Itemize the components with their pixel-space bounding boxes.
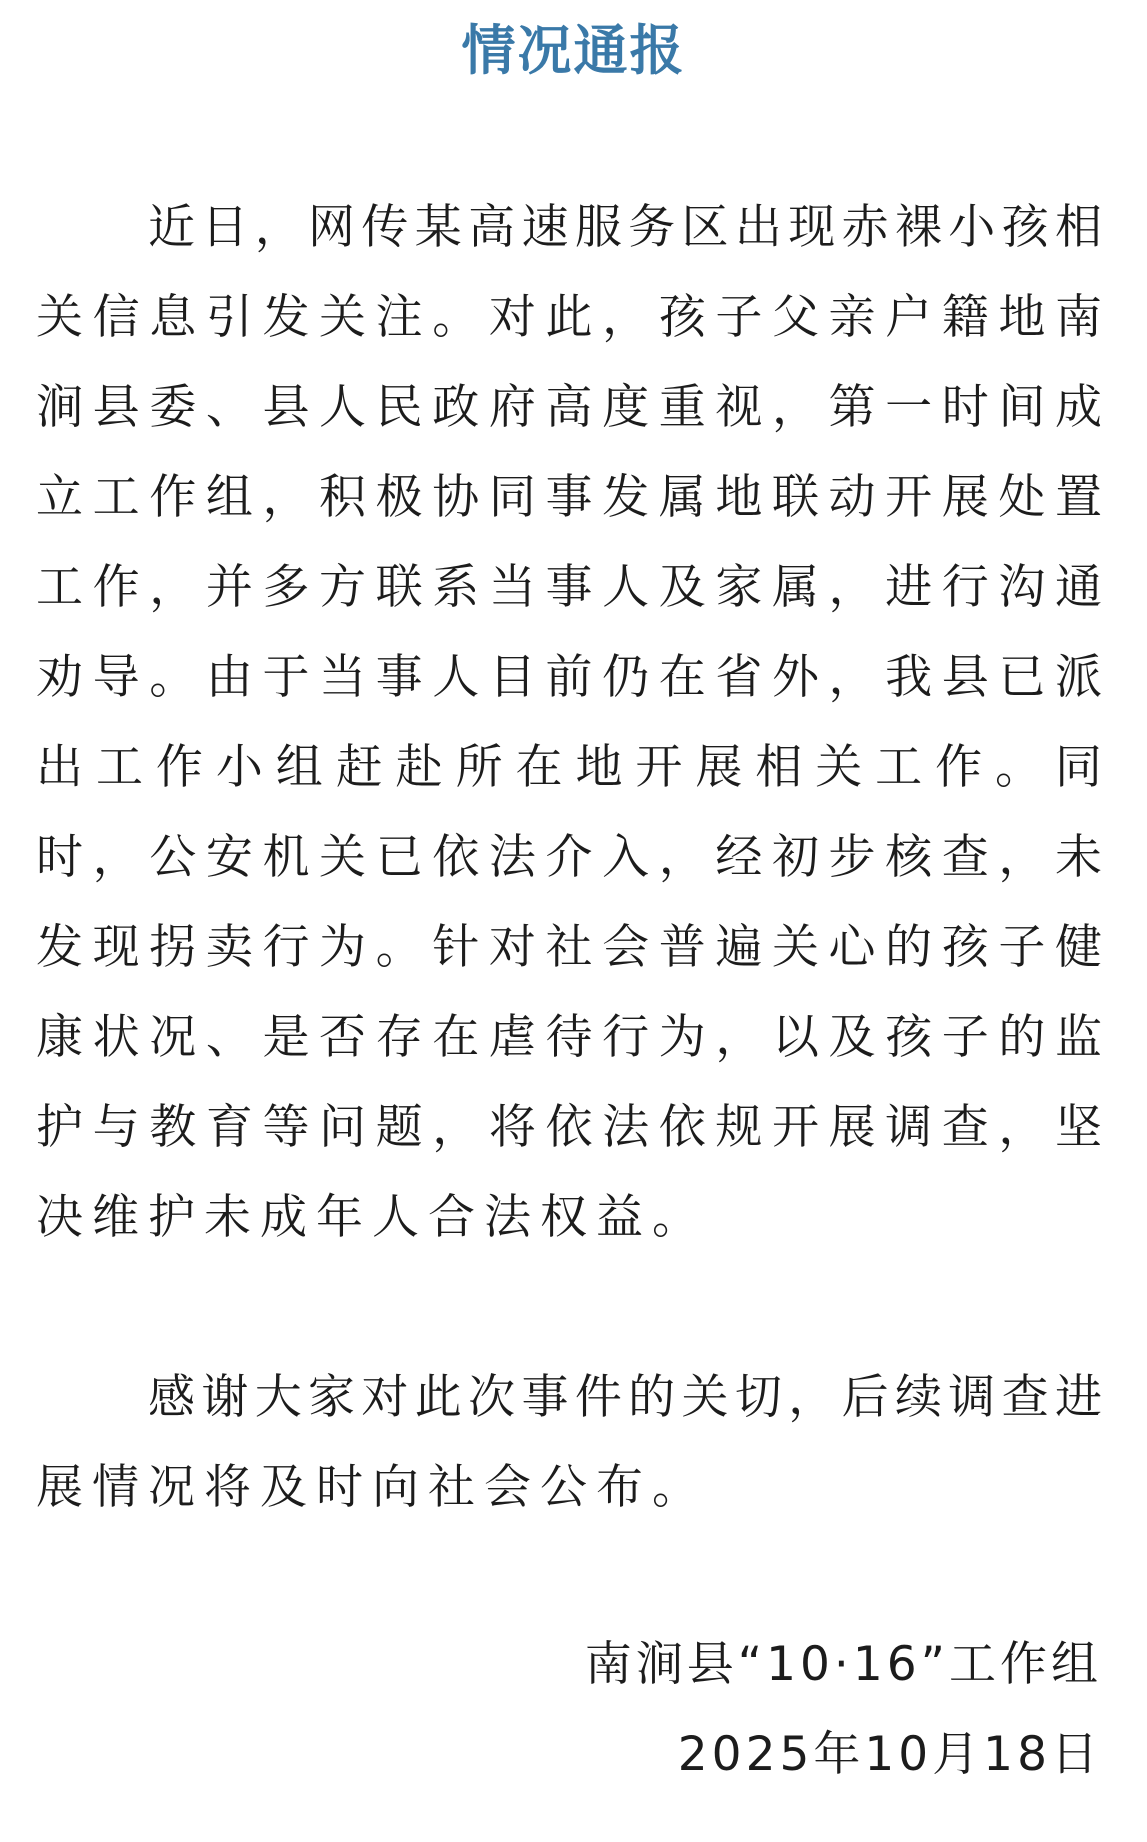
paragraph-line: 发现拐卖行为。针对社会普遍关心的孩子健	[36, 903, 1102, 993]
paragraph-line: 护与教育等问题，将依法依规开展调查，坚	[36, 1083, 1102, 1173]
paragraph-line: 展情况将及时向社会公布。	[36, 1443, 1102, 1533]
paragraph-line: 决维护未成年人合法权益。	[36, 1173, 1102, 1263]
paragraph-line: 出工作小组赶赴所在地开展相关工作。同	[36, 723, 1102, 813]
paragraph-line: 工作，并多方联系当事人及家属，进行沟通	[36, 543, 1102, 633]
signature-organization: 南涧县“10·16”工作组	[585, 1620, 1102, 1710]
paragraph-line: 康状况、是否存在虐待行为，以及孩子的监	[36, 993, 1102, 1083]
paragraph-line: 关信息引发关注。对此，孩子父亲户籍地南	[36, 273, 1102, 363]
paragraph-line: 时，公安机关已依法介入，经初步核查，未	[36, 813, 1102, 903]
paragraph-line: 涧县委、县人民政府高度重视，第一时间成	[36, 363, 1102, 453]
paragraph-line: 立工作组，积极协同事发属地联动开展处置	[36, 453, 1102, 543]
document-title: 情况通报	[0, 14, 1147, 88]
paragraph-line: 感谢大家对此次事件的关切，后续调查进	[148, 1353, 1102, 1443]
paragraph-line: 近日，网传某高速服务区出现赤裸小孩相	[148, 183, 1102, 273]
signature-date: 2025年10月18日	[678, 1710, 1102, 1800]
paragraph-line: 劝导。由于当事人目前仍在省外，我县已派	[36, 633, 1102, 723]
